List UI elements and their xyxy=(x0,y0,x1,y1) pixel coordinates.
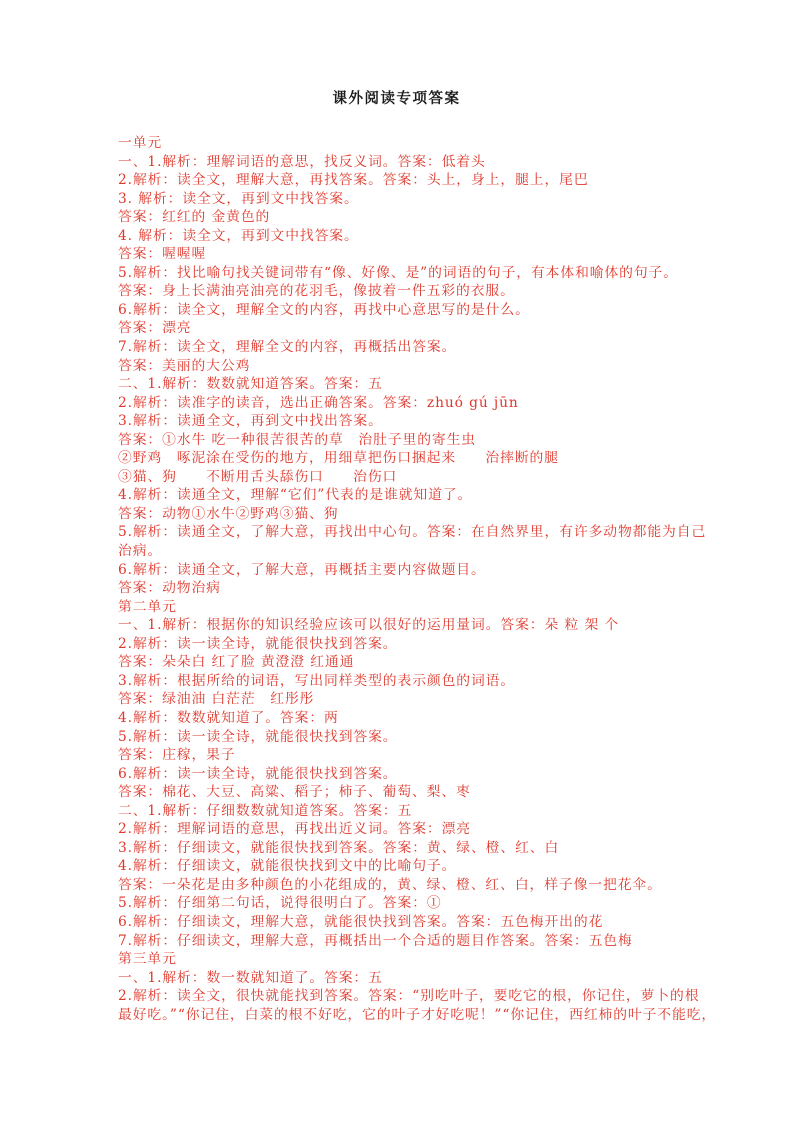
doc-line-12: 7.解析：读全文，理解全文的内容，再概括出答案。 xyxy=(118,338,758,357)
doc-line-38: 2.解析：理解词语的意思，再找出近义词。答案：漂亮 xyxy=(118,820,758,839)
doc-line-16: 3.解析：读通全文，再到文中找出答案。 xyxy=(118,412,758,431)
doc-line-32: 4.解析：数数就知道了。答案：两 xyxy=(118,709,758,728)
doc-line-42: 5.解析：仔细第二句话，说得很明白了。答案：① xyxy=(118,894,758,913)
doc-line-31: 答案：绿油油 白茫茫 红彤彤 xyxy=(118,690,758,709)
doc-line-10: 6.解析：读全文，理解全文的内容，再找中心意思写的是什么。 xyxy=(118,301,758,320)
doc-line-3: 2.解析：读全文，理解大意，再找答案。答案：头上，身上，腿上，尾巴 xyxy=(118,171,758,190)
doc-line-19: ③猫、狗 不断用舌头舔伤口 治伤口 xyxy=(118,468,758,487)
doc-line-23: 治病。 xyxy=(118,542,758,561)
doc-line-40: 4.解析：仔细读文，就能很快找到文中的比喻句子。 xyxy=(118,857,758,876)
doc-line-24: 6.解析：读通全文，了解大意，再概括主要内容做题目。 xyxy=(118,561,758,580)
doc-line-9: 答案：身上长满油亮油亮的花羽毛，像披着一件五彩的衣服。 xyxy=(118,282,758,301)
doc-line-33: 5.解析：读一读全诗，就能很快找到答案。 xyxy=(118,728,758,747)
doc-line-21: 答案：动物①水牛②野鸡③猫、狗 xyxy=(118,505,758,524)
doc-line-46: 一、1.解析：数一数就知道了。答案：五 xyxy=(118,969,758,988)
doc-line-37: 二、1.解析：仔细数数就知道答案。答案：五 xyxy=(118,802,758,821)
doc-line-28: 2.解析：读一读全诗，就能很快找到答案。 xyxy=(118,635,758,654)
doc-line-44: 7.解析：仔细读文，理解大意，再概括出一个合适的题目作答案。答案：五色梅 xyxy=(118,932,758,951)
document-page: 课外阅读专项答案 一单元一、1.解析：理解词语的意思，找反义词。答案：低着头2.… xyxy=(0,0,793,1122)
doc-line-47: 2.解析：读全文，很快就能找到答案。答案：“别吃叶子，要吃它的根，你记住，萝卜的… xyxy=(118,987,758,1006)
doc-line-11: 答案：漂亮 xyxy=(118,319,758,338)
document-body: 一单元一、1.解析：理解词语的意思，找反义词。答案：低着头2.解析：读全文，理解… xyxy=(118,134,758,1024)
doc-line-2: 一、1.解析：理解词语的意思，找反义词。答案：低着头 xyxy=(118,153,758,172)
doc-line-4: 3. 解析：读全文，再到文中找答案。 xyxy=(118,190,758,209)
doc-line-1: 一单元 xyxy=(118,134,758,153)
doc-line-13: 答案：美丽的大公鸡 xyxy=(118,357,758,376)
doc-line-25: 答案：动物治病 xyxy=(118,579,758,598)
doc-line-39: 3.解析：仔细读文，就能很快找到答案。答案：黄、绿、橙、红、白 xyxy=(118,839,758,858)
doc-line-27: 一、1.解析：根据你的知识经验应该可以很好的运用量词。答案：朵 粒 架 个 xyxy=(118,616,758,635)
doc-line-26: 第二单元 xyxy=(118,598,758,617)
doc-line-17: 答案：①水牛 吃一种很苦很苦的草 治肚子里的寄生虫 xyxy=(118,431,758,450)
doc-line-35: 6.解析：读一读全诗，就能很快找到答案。 xyxy=(118,765,758,784)
doc-line-14: 二、1.解析：数数就知道答案。答案：五 xyxy=(118,375,758,394)
doc-line-18: ②野鸡 啄泥涂在受伤的地方，用细草把伤口捆起来 治摔断的腿 xyxy=(118,449,758,468)
doc-line-20: 4.解析：读通全文，理解“它们”代表的是谁就知道了。 xyxy=(118,486,758,505)
doc-line-5: 答案：红红的 金黄色的 xyxy=(118,208,758,227)
doc-line-8: 5.解析：找比喻句找关键词带有“像、好像、是”的词语的句子，有本体和喻体的句子。 xyxy=(118,264,758,283)
doc-line-34: 答案：庄稼，果子 xyxy=(118,746,758,765)
doc-line-48: 最好吃。”“你记住，白菜的根不好吃，它的叶子才好吃呢！”“你记住，西红柿的叶子不… xyxy=(118,1006,758,1025)
page-title: 课外阅读专项答案 xyxy=(0,89,793,109)
doc-line-7: 答案：喔喔喔 xyxy=(118,245,758,264)
doc-line-45: 第三单元 xyxy=(118,950,758,969)
doc-line-29: 答案：朵朵白 红了脸 黄澄澄 红通通 xyxy=(118,653,758,672)
doc-line-15: 2.解析：读准字的读音，选出正确答案。答案：zhuó gú jūn xyxy=(118,394,758,413)
doc-line-41: 答案：一朵花是由多种颜色的小花组成的，黄、绿、橙、红、白，样子像一把花伞。 xyxy=(118,876,758,895)
doc-line-43: 6.解析：仔细读文，理解大意，就能很快找到答案。答案：五色梅开出的花 xyxy=(118,913,758,932)
doc-line-30: 3.解析：根据所给的词语，写出同样类型的表示颜色的词语。 xyxy=(118,672,758,691)
doc-line-6: 4. 解析：读全文，再到文中找答案。 xyxy=(118,227,758,246)
doc-line-36: 答案：棉花、大豆、高粱、稻子；柿子、葡萄、梨、枣 xyxy=(118,783,758,802)
doc-line-22: 5.解析：读通全文，了解大意，再找出中心句。答案：在自然界里，有许多动物都能为自… xyxy=(118,523,758,542)
